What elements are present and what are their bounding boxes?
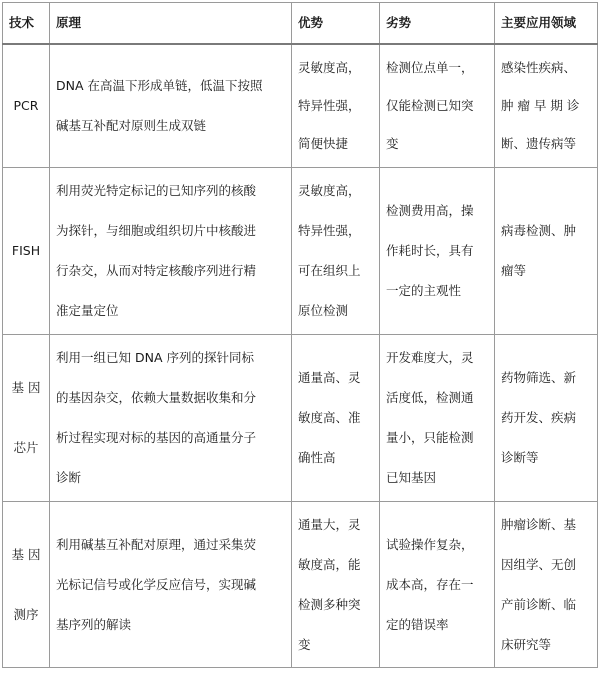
disadvantages-line: 检测费用高，操 (386, 191, 488, 231)
advantages-line: 特异性强， (298, 87, 373, 125)
disadvantages-line: 检测位点单一， (386, 49, 488, 87)
advantages-cell: 灵敏度高， 特异性强， 可在组织上 原位检测 (292, 168, 380, 335)
disadvantages-cell: 开发难度大，灵 活度低，检测通 量小，只能检测 已知基因 (380, 335, 495, 502)
principle-cell: DNA 在高温下形成单链，低温下按照 碱基互补配对原则生成双链 (50, 44, 292, 168)
advantages-cell: 灵敏度高， 特异性强， 简便快捷 (292, 44, 380, 168)
principle-line: 的基因杂交，依赖大量数据收集和分 (56, 378, 285, 418)
disadvantages-line: 开发难度大，灵 (386, 338, 488, 378)
header-disadvantages: 劣势 (380, 3, 495, 45)
principle-line: 利用一组已知 DNA 序列的探针同标 (56, 338, 285, 378)
applications-line: 因组学、无创 (501, 545, 591, 585)
applications-line: 药物筛选、新 (501, 358, 591, 398)
advantages-line: 敏度高，能 (298, 545, 373, 585)
advantages-line: 简便快捷 (298, 125, 373, 163)
tech-name-line: 测序 (5, 585, 47, 645)
applications-line: 断、遗传病等 (501, 125, 591, 163)
applications-cell: 病毒检测、肿 瘤等 (495, 168, 598, 335)
tech-name: FISH (5, 223, 47, 279)
applications-line: 产前诊断、临 (501, 585, 591, 625)
advantages-line: 检测多种突 (298, 585, 373, 625)
principle-line: 析过程实现对标的基因的高通量分子 (56, 418, 285, 458)
principle-line: 为探针，与细胞或组织切片中核酸进 (56, 211, 285, 251)
header-row: 技术 原理 优势 劣势 主要应用领域 (3, 3, 598, 45)
disadvantages-line: 定的错误率 (386, 605, 488, 645)
tech-cell: 基 因 芯片 (3, 335, 50, 502)
applications-cell: 感染性疾病、 肿 瘤 早 期 诊 断、遗传病等 (495, 44, 598, 168)
disadvantages-line: 一定的主观性 (386, 271, 488, 311)
principle-line: 碱基互补配对原则生成双链 (56, 106, 285, 146)
table-row-fish: FISH 利用荧光特定标记的已知序列的核酸 为探针，与细胞或组织切片中核酸进 行… (3, 168, 598, 335)
advantages-line: 灵敏度高， (298, 49, 373, 87)
disadvantages-line: 作耗时长，具有 (386, 231, 488, 271)
advantages-cell: 通量大，灵 敏度高，能 检测多种突 变 (292, 502, 380, 668)
applications-cell: 肿瘤诊断、基 因组学、无创 产前诊断、临 床研究等 (495, 502, 598, 668)
principle-line: 基序列的解读 (56, 605, 285, 645)
header-principle: 原理 (50, 3, 292, 45)
table-row-gene-sequencing: 基 因 测序 利用碱基互补配对原理，通过采集荧 光标记信号或化学反应信号，实现碱… (3, 502, 598, 668)
applications-line: 肿 瘤 早 期 诊 (501, 87, 591, 125)
principle-line: 利用荧光特定标记的已知序列的核酸 (56, 171, 285, 211)
applications-line: 瘤等 (501, 251, 591, 291)
disadvantages-line: 活度低，检测通 (386, 378, 488, 418)
principle-line: 诊断 (56, 458, 285, 498)
principle-line: 光标记信号或化学反应信号，实现碱 (56, 565, 285, 605)
applications-line: 诊断等 (501, 438, 591, 478)
applications-line: 药开发、疾病 (501, 398, 591, 438)
advantages-line: 原位检测 (298, 291, 373, 331)
disadvantages-cell: 试验操作复杂， 成本高，存在一 定的错误率 (380, 502, 495, 668)
disadvantages-line: 试验操作复杂， (386, 525, 488, 565)
tech-name-line: 基 因 (5, 358, 47, 418)
applications-line: 病毒检测、肿 (501, 211, 591, 251)
advantages-line: 敏度高、准 (298, 398, 373, 438)
table-row-pcr: PCR DNA 在高温下形成单链，低温下按照 碱基互补配对原则生成双链 灵敏度高… (3, 44, 598, 168)
tech-cell: PCR (3, 44, 50, 168)
disadvantages-line: 变 (386, 125, 488, 163)
header-advantages: 优势 (292, 3, 380, 45)
disadvantages-line: 仅能检测已知突 (386, 87, 488, 125)
disadvantages-line: 成本高，存在一 (386, 565, 488, 605)
advantages-line: 确性高 (298, 438, 373, 478)
advantages-cell: 通量高、灵 敏度高、准 确性高 (292, 335, 380, 502)
advantages-line: 通量大，灵 (298, 505, 373, 545)
applications-cell: 药物筛选、新 药开发、疾病 诊断等 (495, 335, 598, 502)
advantages-line: 变 (298, 625, 373, 665)
tech-name-line: 芯片 (5, 418, 47, 478)
principle-line: DNA 在高温下形成单链，低温下按照 (56, 66, 285, 106)
principle-line: 准定量定位 (56, 291, 285, 331)
principle-cell: 利用碱基互补配对原理，通过采集荧 光标记信号或化学反应信号，实现碱 基序列的解读 (50, 502, 292, 668)
applications-line: 感染性疾病、 (501, 49, 591, 87)
advantages-line: 特异性强， (298, 211, 373, 251)
header-technology: 技术 (3, 3, 50, 45)
advantages-line: 灵敏度高， (298, 171, 373, 211)
tech-cell: FISH (3, 168, 50, 335)
tech-name-line: 基 因 (5, 525, 47, 585)
header-applications: 主要应用领域 (495, 3, 598, 45)
principle-line: 行杂交，从而对特定核酸序列进行精 (56, 251, 285, 291)
applications-line: 肿瘤诊断、基 (501, 505, 591, 545)
principle-line: 利用碱基互补配对原理，通过采集荧 (56, 525, 285, 565)
disadvantages-cell: 检测费用高，操 作耗时长，具有 一定的主观性 (380, 168, 495, 335)
disadvantages-cell: 检测位点单一， 仅能检测已知突 变 (380, 44, 495, 168)
applications-line: 床研究等 (501, 625, 591, 665)
tech-cell: 基 因 测序 (3, 502, 50, 668)
principle-cell: 利用一组已知 DNA 序列的探针同标 的基因杂交，依赖大量数据收集和分 析过程实… (50, 335, 292, 502)
disadvantages-line: 已知基因 (386, 458, 488, 498)
principle-cell: 利用荧光特定标记的已知序列的核酸 为探针，与细胞或组织切片中核酸进 行杂交，从而… (50, 168, 292, 335)
tech-name: PCR (5, 78, 47, 134)
advantages-line: 可在组织上 (298, 251, 373, 291)
advantages-line: 通量高、灵 (298, 358, 373, 398)
technology-comparison-table: 技术 原理 优势 劣势 主要应用领域 PCR DNA 在高温下形成单链，低温下按… (2, 2, 598, 668)
disadvantages-line: 量小，只能检测 (386, 418, 488, 458)
table-row-gene-chip: 基 因 芯片 利用一组已知 DNA 序列的探针同标 的基因杂交，依赖大量数据收集… (3, 335, 598, 502)
